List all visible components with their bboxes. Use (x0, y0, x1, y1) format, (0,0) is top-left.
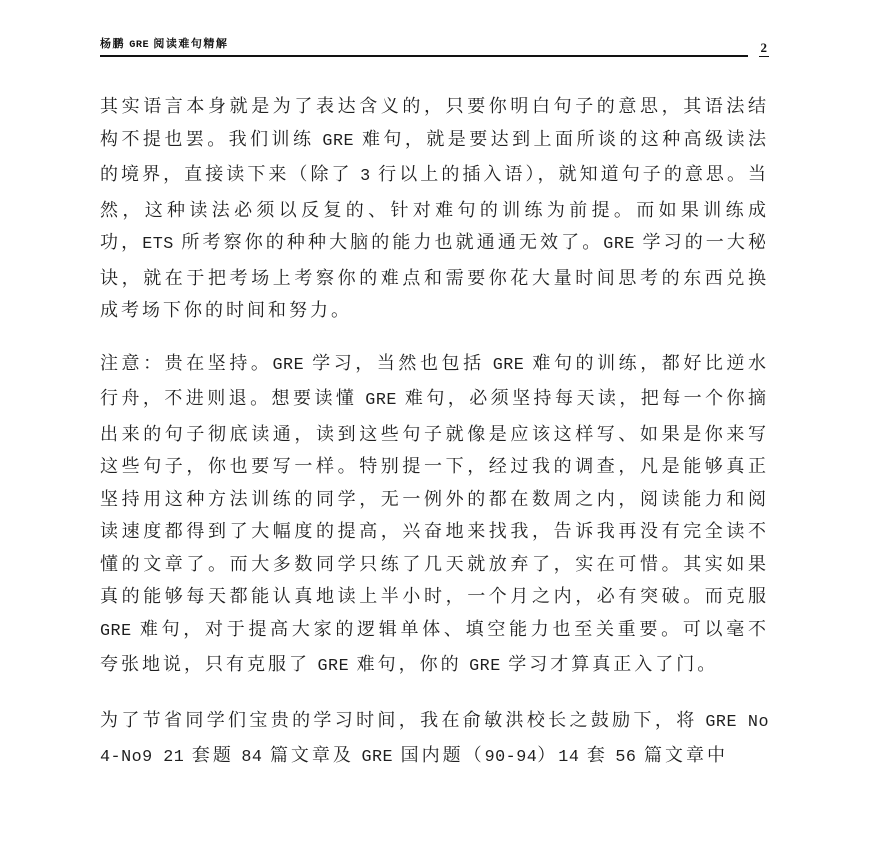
document-page: 杨鹏 GRE 阅读难句精解 2 其实语言本身就是为了表达含义的，只要你明白句子的… (0, 0, 870, 842)
header-title: 杨鹏 GRE 阅读难句精解 (100, 38, 228, 50)
paragraph-3: 为了节省同学们宝贵的学习时间，我在俞敏洪校长之鼓励下，将 GRE No4-No9… (100, 704, 769, 775)
document-body: 其实语言本身就是为了表达含义的，只要你明白句子的意思，其语法结构不提也罢。我们训… (100, 90, 769, 795)
paragraph-2: 注意：贵在坚持。GRE 学习，当然也包括 GRE 难句的训练，都好比逆水行舟，不… (100, 347, 769, 684)
paragraph-1: 其实语言本身就是为了表达含义的，只要你明白句子的意思，其语法结构不提也罢。我们训… (100, 90, 769, 327)
page-number: 2 (759, 41, 770, 57)
page-header: 杨鹏 GRE 阅读难句精解 2 (100, 34, 769, 57)
header-rule: 杨鹏 GRE 阅读难句精解 (100, 34, 748, 57)
